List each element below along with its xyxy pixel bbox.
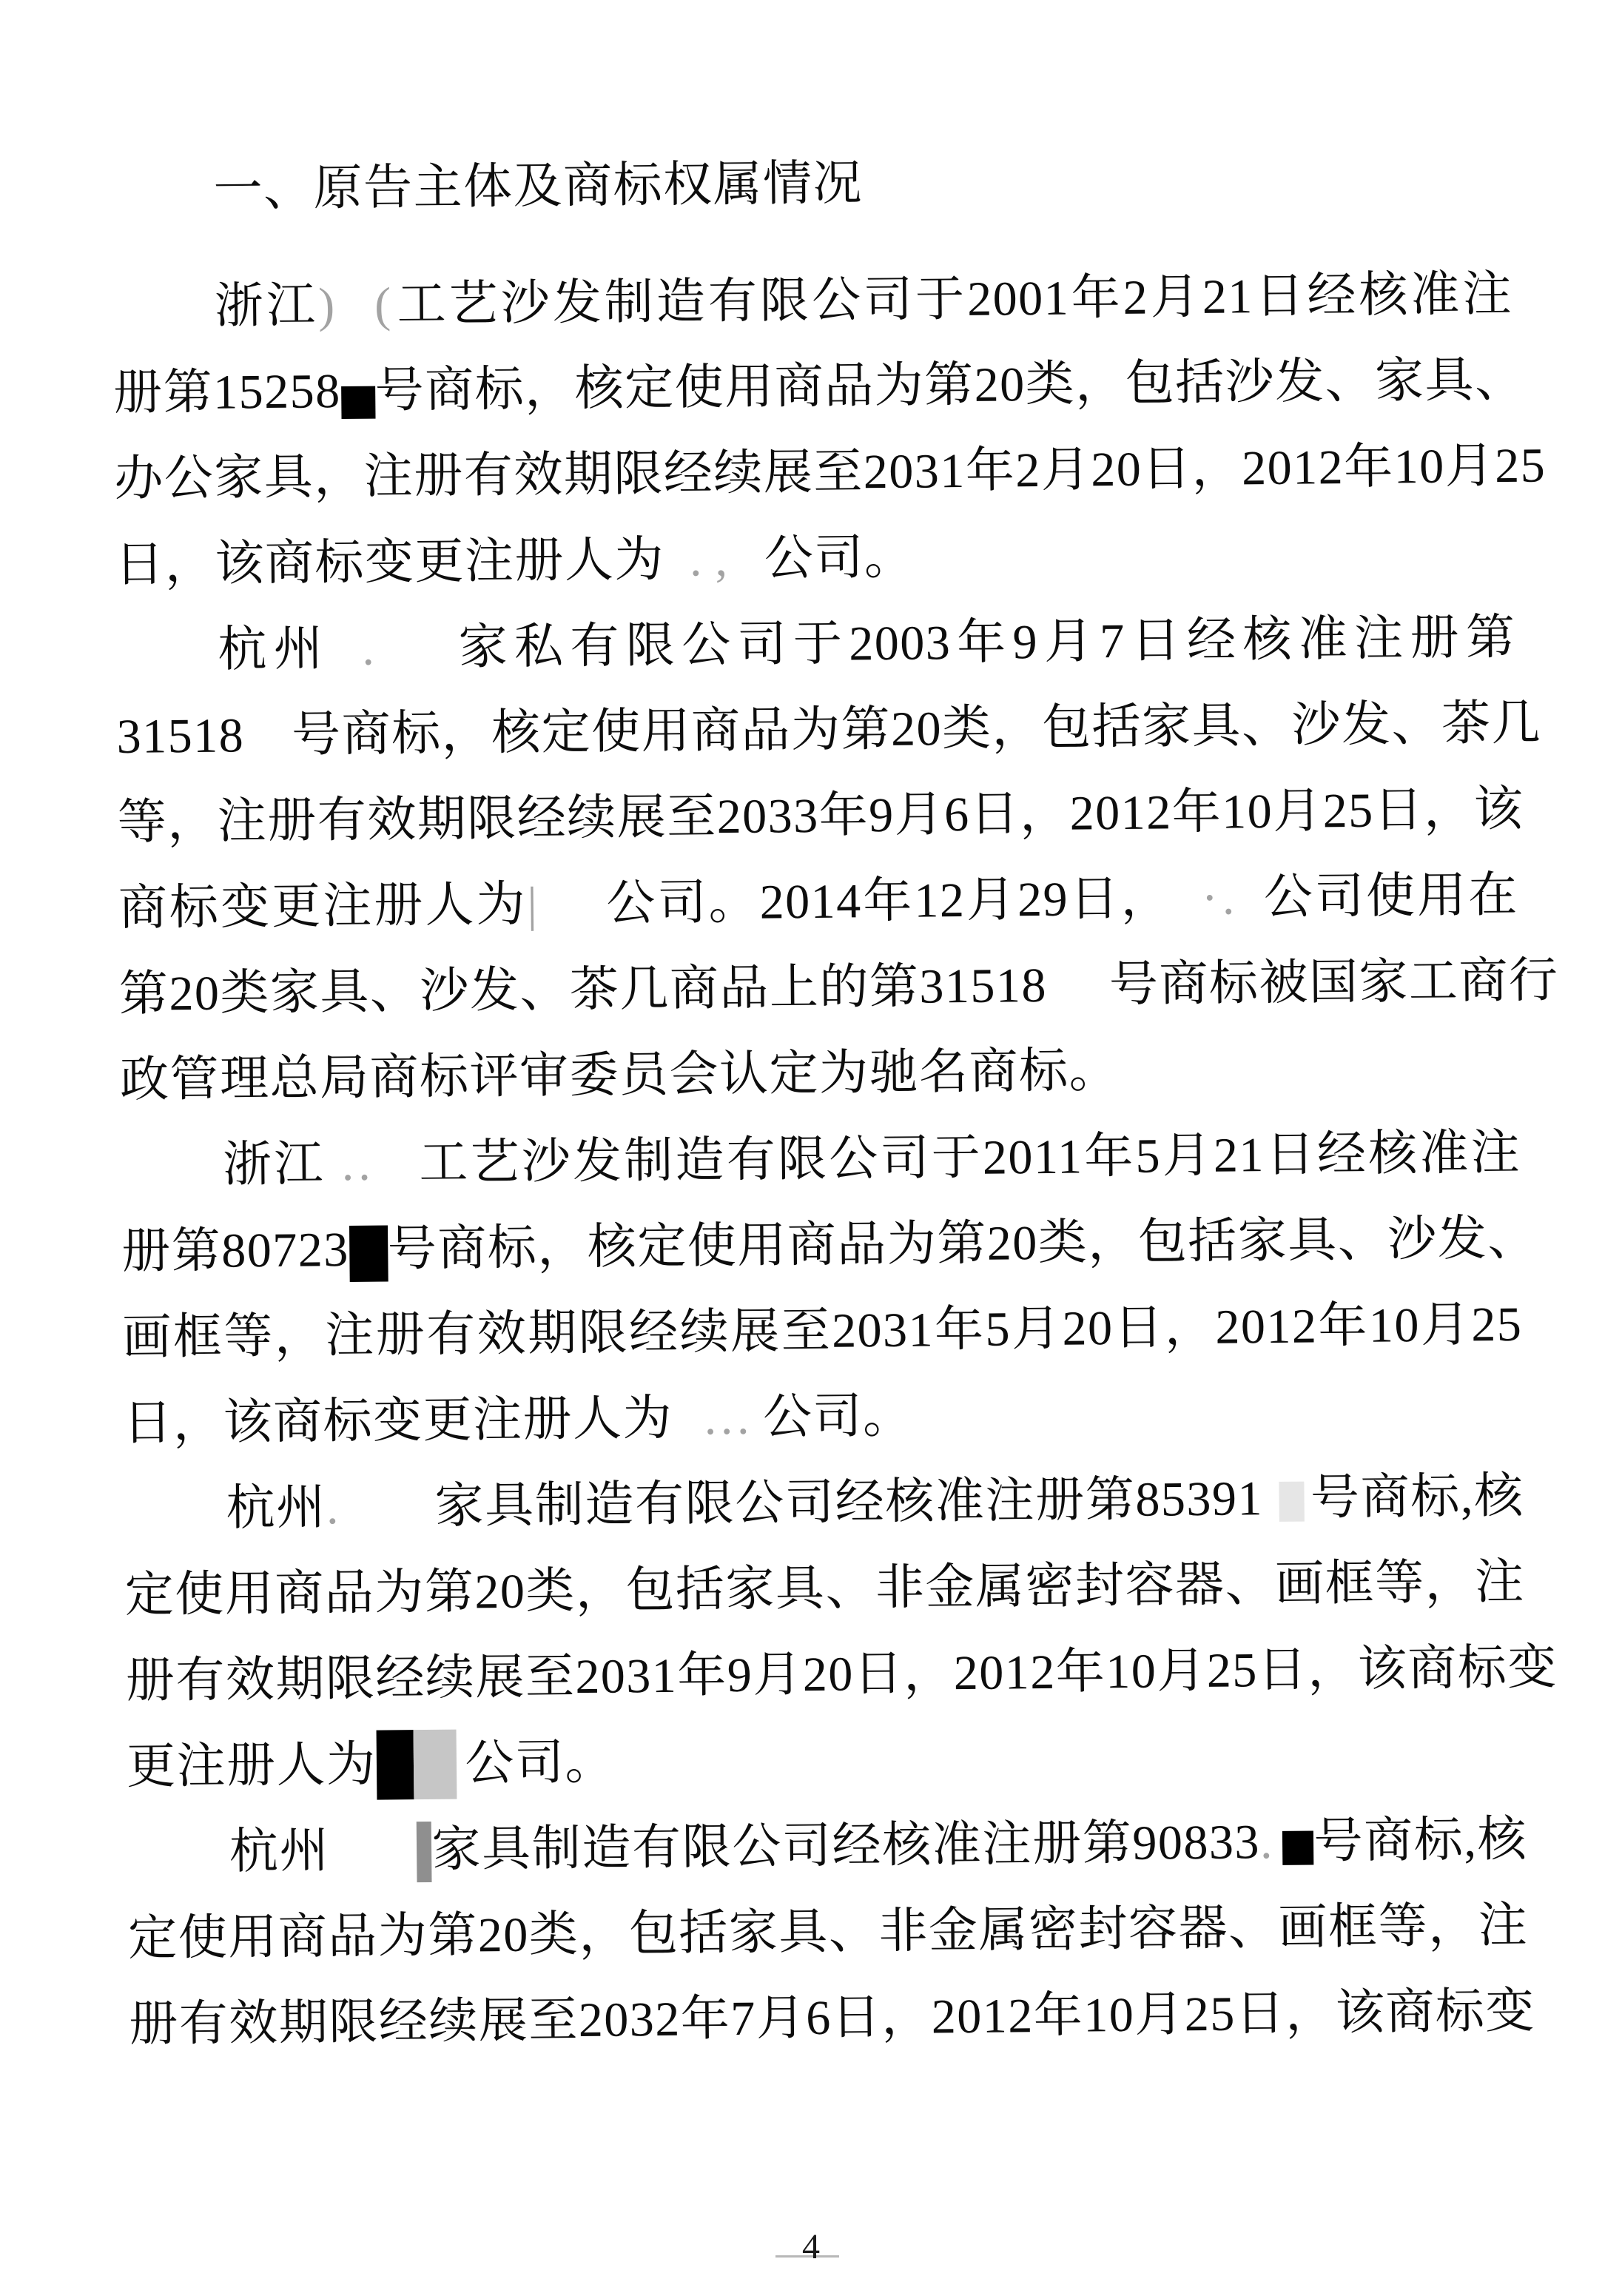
text-line: 画框等，注册有效期限经续展至2031年5月20日，2012年10月25 bbox=[122, 1282, 1523, 1381]
redaction-remnant: … bbox=[702, 1391, 756, 1446]
text-segment: 公司。2014年12月29日， bbox=[605, 871, 1172, 930]
text-line: 定使用商品为第20类，包括家具、非金属密封容器、画框等，注 bbox=[124, 1540, 1525, 1639]
redaction-remnant: . bbox=[362, 622, 379, 676]
text-line: 日，该商标变更注册人为…公司。 bbox=[123, 1368, 1524, 1467]
text-segment: 家私有限公司于2003年9月7日经核准注册第 bbox=[452, 611, 1515, 675]
redaction-remnant: .. bbox=[341, 1137, 375, 1191]
text-segment: 公司。 bbox=[763, 1389, 913, 1445]
text-segment: 杭州 bbox=[229, 1824, 330, 1879]
redaction-gap bbox=[1239, 913, 1263, 913]
redaction-gap bbox=[457, 1779, 465, 1780]
text-line: 杭州.家具制造有限公司经核准注册第85391号商标,核 bbox=[124, 1454, 1524, 1553]
redaction-remnant: ) bbox=[318, 278, 340, 332]
redaction-gap bbox=[326, 1179, 342, 1180]
redaction-remnant: . bbox=[326, 1480, 343, 1534]
text-segment: 商标变更注册人为 bbox=[118, 878, 528, 936]
text-segment: 浙江 bbox=[215, 278, 319, 333]
text-segment: 号商标，核定使用商品为第20类，包括家具、沙发、 bbox=[387, 1212, 1538, 1277]
redaction-box bbox=[1279, 1482, 1305, 1522]
redaction-remnant: . bbox=[1260, 1815, 1277, 1869]
redaction-gap bbox=[732, 574, 764, 575]
text-segment: 家具制造有限公司经核准注册第90833 bbox=[431, 1815, 1260, 1877]
text-segment: 公司。 bbox=[465, 1736, 615, 1791]
text-segment: 31518 bbox=[116, 708, 244, 764]
text-segment: 画框等，注册有效期限经续展至2031年5月20日，2012年10月25 bbox=[122, 1298, 1523, 1365]
text-line: 政管理总局商标评审委员会认定为驰名商标。 bbox=[120, 1024, 1521, 1124]
text-segment: 日，该商标变更注册人为 bbox=[115, 533, 664, 592]
page-number: 4 bbox=[802, 2227, 820, 2266]
text-segment: 第20类家具、沙发、茶几商品上的第31518 bbox=[119, 959, 1048, 1021]
text-line: 册有效期限经续展至2032年7月6日，2012年10月25日，该商标变 bbox=[129, 1969, 1530, 2068]
text-segment: 定使用商品为第20类，包括家具、非金属密封容器、画框等，注 bbox=[128, 1899, 1529, 1966]
document-body: 一、原告主体及商标权属情况浙江)(工艺沙发制造有限公司于2001年2月21日经核… bbox=[111, 135, 1530, 2068]
redaction-box bbox=[413, 1730, 457, 1800]
redaction-box bbox=[376, 1730, 414, 1799]
text-line: 更注册人为公司。 bbox=[126, 1711, 1527, 1810]
text-segment: 册有效期限经续展至2031年9月20日，2012年10月25日，该商标变 bbox=[126, 1640, 1558, 1708]
text-segment: 办公家具，注册有效期限经续展至2031年2月20日，2012年10月25 bbox=[114, 438, 1547, 506]
redaction-gap bbox=[1277, 1857, 1283, 1858]
text-segment: 杭州 bbox=[226, 1480, 326, 1535]
text-segment: 号商标，核定使用商品为第20类，包括家具、沙发、茶几 bbox=[292, 696, 1542, 762]
redaction-gap bbox=[343, 1522, 435, 1523]
text-line: 册有效期限经续展至2031年9月20日，2012年10月25日，该商标变 bbox=[125, 1625, 1526, 1725]
redaction-box bbox=[417, 1822, 432, 1882]
text-segment: 册有效期限经续展至2032年7月6日，2012年10月25日，该商标变 bbox=[129, 1984, 1535, 2052]
text-segment: 更注册人为 bbox=[127, 1738, 377, 1794]
page-footer: 4 bbox=[0, 2226, 1622, 2268]
redaction-box bbox=[349, 1225, 388, 1281]
text-line: 册第80723号商标，核定使用商品为第20类，包括家具、沙发、 bbox=[121, 1196, 1522, 1295]
text-segment: 公司。 bbox=[764, 531, 915, 586]
text-line: 第20类家具、沙发、茶几商品上的第31518号商标被国家工商行 bbox=[118, 939, 1519, 1038]
text-segment: 号商标,核 bbox=[1313, 1813, 1527, 1869]
redaction-gap bbox=[1263, 1514, 1279, 1514]
text-segment: 册第15258 bbox=[113, 364, 341, 420]
redaction-gap bbox=[244, 751, 292, 752]
text-line: 日，该商标变更注册人为.,公司。 bbox=[115, 509, 1515, 608]
text-line: 定使用商品为第20类，包括家具、非金属密封容器、画框等，注 bbox=[128, 1883, 1529, 1982]
text-segment: 杭州 bbox=[218, 622, 329, 677]
text-segment: 公司使用在 bbox=[1262, 868, 1518, 924]
text-segment: 浙江 bbox=[223, 1137, 326, 1192]
redaction-gap bbox=[664, 575, 690, 576]
text-segment: 一、原告主体及商标权属情况 bbox=[213, 156, 863, 216]
redaction-gap bbox=[379, 663, 453, 665]
text-line: 册第15258号商标，核定使用商品为第20类，包括沙发、家具、 bbox=[113, 338, 1514, 437]
section-heading: 一、原告主体及商标权属情况 bbox=[111, 135, 1512, 234]
redaction-gap bbox=[673, 1433, 702, 1434]
redaction-remnant: | bbox=[527, 877, 542, 931]
text-segment: 工艺沙发制造有限公司于2001年2月21日经核准注 bbox=[395, 267, 1513, 332]
redaction-remnant: . bbox=[690, 532, 707, 586]
text-line: 浙江..工艺沙发制造有限公司于2011年5月21日经核准注 bbox=[121, 1110, 1521, 1209]
text-line: 杭州家具制造有限公司经核准注册第90833.号商标,核 bbox=[127, 1797, 1528, 1896]
text-segment: 册第80723 bbox=[121, 1223, 349, 1279]
redaction-remnant: , bbox=[715, 532, 732, 586]
redaction-gap bbox=[1047, 1000, 1109, 1001]
redaction-box bbox=[1282, 1831, 1313, 1865]
text-segment: 家具制造有限公司经核准注册第85391 bbox=[434, 1471, 1263, 1534]
text-line: 杭州.家私有限公司于2003年9月7日经核准注册第 bbox=[115, 595, 1516, 694]
text-segment: 定使用商品为第20类，包括家具、非金属密封容器、画框等，注 bbox=[124, 1555, 1525, 1622]
redaction-gap bbox=[339, 320, 374, 321]
text-segment: 政管理总局商标评审委员会认定为驰名商标。 bbox=[120, 1044, 1120, 1107]
text-segment: 号商标,核 bbox=[1310, 1469, 1524, 1525]
redaction-gap bbox=[330, 1865, 417, 1867]
document-page: 一、原告主体及商标权属情况浙江)(工艺沙发制造有限公司于2001年2月21日经核… bbox=[0, 0, 1622, 2296]
redaction-gap bbox=[375, 1178, 418, 1180]
text-line: 浙江)(工艺沙发制造有限公司于2001年2月21日经核准注 bbox=[112, 252, 1513, 351]
redaction-gap bbox=[1172, 913, 1202, 914]
text-segment: 号商标被国家工商行 bbox=[1109, 953, 1559, 1012]
redaction-gap bbox=[707, 574, 716, 575]
redaction-remnant: ·. bbox=[1201, 870, 1239, 924]
text-line: 等，注册有效期限经续展至2033年9月6日，2012年10月25日，该 bbox=[117, 767, 1518, 866]
text-segment: 日，该商标变更注册人为 bbox=[123, 1392, 673, 1451]
redaction-gap bbox=[542, 919, 605, 921]
redaction-box bbox=[341, 386, 375, 419]
text-line: 办公家具，注册有效期限经续展至2031年2月20日，2012年10月25 bbox=[114, 423, 1515, 523]
redaction-remnant: ( bbox=[374, 278, 396, 332]
redaction-gap bbox=[756, 1433, 763, 1434]
text-segment: 号商标，核定使用商品为第20类，包括沙发、家具、 bbox=[374, 353, 1525, 418]
text-segment: 等，注册有效期限经续展至2033年9月6日，2012年10月25日，该 bbox=[117, 782, 1524, 850]
redaction-gap bbox=[329, 664, 362, 665]
text-line: 商标变更注册人为|公司。2014年12月29日，·.公司使用在 bbox=[118, 853, 1518, 952]
text-segment: 工艺沙发制造有限公司于2011年5月21日经核准注 bbox=[417, 1126, 1521, 1190]
text-line: 31518号商标，核定使用商品为第20类，包括家具、沙发、茶几 bbox=[116, 681, 1517, 780]
